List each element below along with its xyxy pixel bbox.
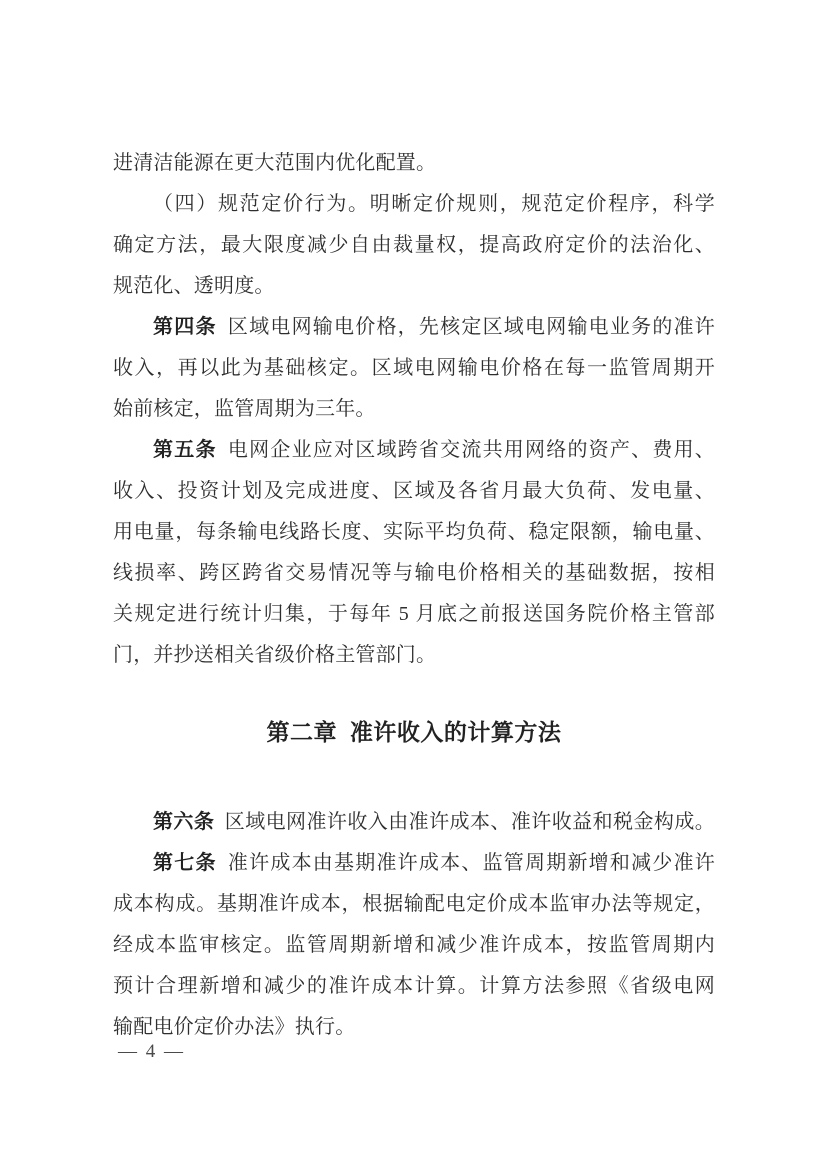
document-page: 进清洁能源在更大范围内优化配置。（四）规范定价行为。明晰定价规则，规范定价程序，… [0, 0, 827, 1169]
text-line: 第五条 电网企业应对区域跨省交流共用网络的资产、费用、 [113, 430, 715, 471]
text-line: 关规定进行统计归集，于每年 5 月底之前报送国务院价格主管部 [113, 594, 715, 635]
text-line: 规范化、透明度。 [113, 266, 715, 307]
body-text-block-top: 进清洁能源在更大范围内优化配置。（四）规范定价行为。明晰定价规则，规范定价程序，… [113, 143, 715, 676]
text-line: 第四条 区域电网输电价格，先核定区域电网输电业务的准许 [113, 307, 715, 348]
text-line: 线损率、跨区跨省交易情况等与输电价格相关的基础数据，按相 [113, 553, 715, 594]
text-line: 始前核定，监管周期为三年。 [113, 389, 715, 430]
article-number-label: 第五条 [153, 439, 217, 461]
text-line: 预计合理新增和减少的准许成本计算。计算方法参照《省级电网 [113, 966, 715, 1007]
chapter-heading: 第二章 准许收入的计算方法 [113, 712, 715, 752]
text-line: 第六条 区域电网准许收入由准许成本、准许收益和税金构成。 [113, 802, 715, 843]
text-line: 经成本监审核定。监管周期新增和减少准许成本，按监管周期内 [113, 925, 715, 966]
text-line: （四）规范定价行为。明晰定价规则，规范定价程序，科学 [113, 184, 715, 225]
body-text-block-bottom: 第六条 区域电网准许收入由准许成本、准许收益和税金构成。第七条 准许成本由基期准… [113, 802, 715, 1048]
text-line: 第七条 准许成本由基期准许成本、监管周期新增和减少准许 [113, 843, 715, 884]
article-number-label: 第四条 [153, 316, 217, 338]
text-line: 收入、投资计划及完成进度、区域及各省月最大负荷、发电量、 [113, 471, 715, 512]
text-line: 门，并抄送相关省级价格主管部门。 [113, 635, 715, 676]
text-line: 用电量，每条输电线路长度、实际平均负荷、稳定限额，输电量、 [113, 512, 715, 553]
text-line: 确定方法，最大限度减少自由裁量权，提高政府定价的法治化、 [113, 225, 715, 266]
page-number: — 4 — [118, 1038, 185, 1066]
text-line: 收入，再以此为基础核定。区域电网输电价格在每一监管周期开 [113, 348, 715, 389]
text-line: 成本构成。基期准许成本，根据输配电定价成本监审办法等规定， [113, 884, 715, 925]
text-line: 进清洁能源在更大范围内优化配置。 [113, 143, 715, 184]
text-line: 输配电价定价办法》执行。 [113, 1007, 715, 1048]
article-number-label: 第六条 [153, 811, 214, 833]
article-number-label: 第七条 [153, 852, 217, 874]
